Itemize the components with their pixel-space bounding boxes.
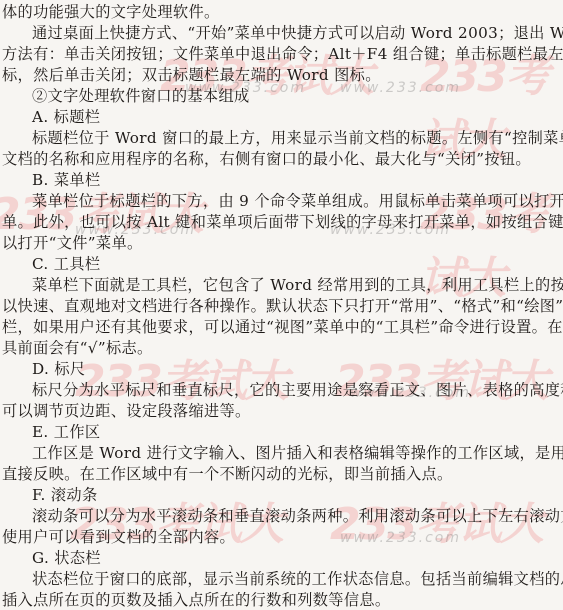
subsection-heading: F. 滚动条	[0, 485, 563, 505]
text-line: 标题栏位于 Word 窗口的最上方，用来显示当前文档的标题。左侧有“控制菜单”图…	[0, 128, 563, 148]
subsection-heading: B. 菜单栏	[0, 170, 563, 190]
section-heading: ②文字处理软件窗口的基本组成	[0, 86, 563, 106]
subsection-heading: C. 工具栏	[0, 254, 563, 274]
subsection-heading: E. 工作区	[0, 422, 563, 442]
document-page: 233考试大 233考试大 www.233.com www.233.com 23…	[0, 0, 563, 610]
text-line: 体的功能强大的文字处理软件。	[0, 2, 563, 22]
text-line: 插入点所在页的页数及插入点所在的行数和列数等信息。	[0, 590, 563, 610]
text-line: 标尺分为水平标尺和垂直标尺，它的主要用途是察看正文、图片、表格的高度和宽度，还	[0, 380, 563, 400]
text-line: 标，然后单击关闭；双击标题栏最左端的 Word 图标。	[0, 65, 563, 85]
text-line: 文档的名称和应用程序的名称，右侧有窗口的最小化、最大化与“关闭”按钮。	[0, 149, 563, 169]
text-line: 通过桌面上快捷方式、“开始”菜单中快捷方式可以启动 Word 2003；退出 W…	[0, 23, 563, 43]
text-line: 可以调节页边距、设定段落缩进等。	[0, 401, 563, 421]
text-line: 工作区是 Word 进行文字输入、图片插入和表格编辑等操作的工作区域，是用户工作…	[0, 443, 563, 463]
text-line: 以打开“文件”菜单。	[0, 233, 563, 253]
text-line: 菜单栏位于标题栏的下方，由 9 个命令菜单组成。用鼠标单击菜单项可以打开对应的菜	[0, 191, 563, 211]
subsection-heading: D. 标尺	[0, 359, 563, 379]
text-line: 具前面会有“√”标志。	[0, 338, 563, 358]
subsection-heading: A. 标题栏	[0, 107, 563, 127]
text-line: 以快速、直观地对文档进行各种操作。默认状态下只打开“常用”、“格式”和“绘图”三…	[0, 296, 563, 316]
text-line: 使用户可以看到文档的全部内容。	[0, 527, 563, 547]
text-line: 菜单栏下面就是工具栏，它包含了 Word 经常用到的工具，利用工具栏上的按钮，用…	[0, 275, 563, 295]
text-line: 栏，如果用户还有其他要求，可以通过“视图”菜单中的“工具栏”命令进行设置。在选中…	[0, 317, 563, 337]
text-line: 状态栏位于窗口的底部，显示当前系统的工作状态信息。包括当前编辑文档的总页数、	[0, 569, 563, 589]
text-line: 直接反映。在工作区域中有一个不断闪动的光标，即当前插入点。	[0, 464, 563, 484]
text-line: 方法有：单击关闭按钮；文件菜单中退出命令；Alt＋F4 组合键；单击标题栏最左边…	[0, 44, 563, 64]
subsection-heading: G. 状态栏	[0, 548, 563, 568]
text-line: 单。此外，也可以按 Alt 键和菜单项后面带下划线的字母来打开菜单，如按组合键 …	[0, 212, 563, 232]
text-line: 滚动条可以分为水平滚动条和垂直滚动条两种。利用滚动条可以上下左右滚动文档，	[0, 506, 563, 526]
